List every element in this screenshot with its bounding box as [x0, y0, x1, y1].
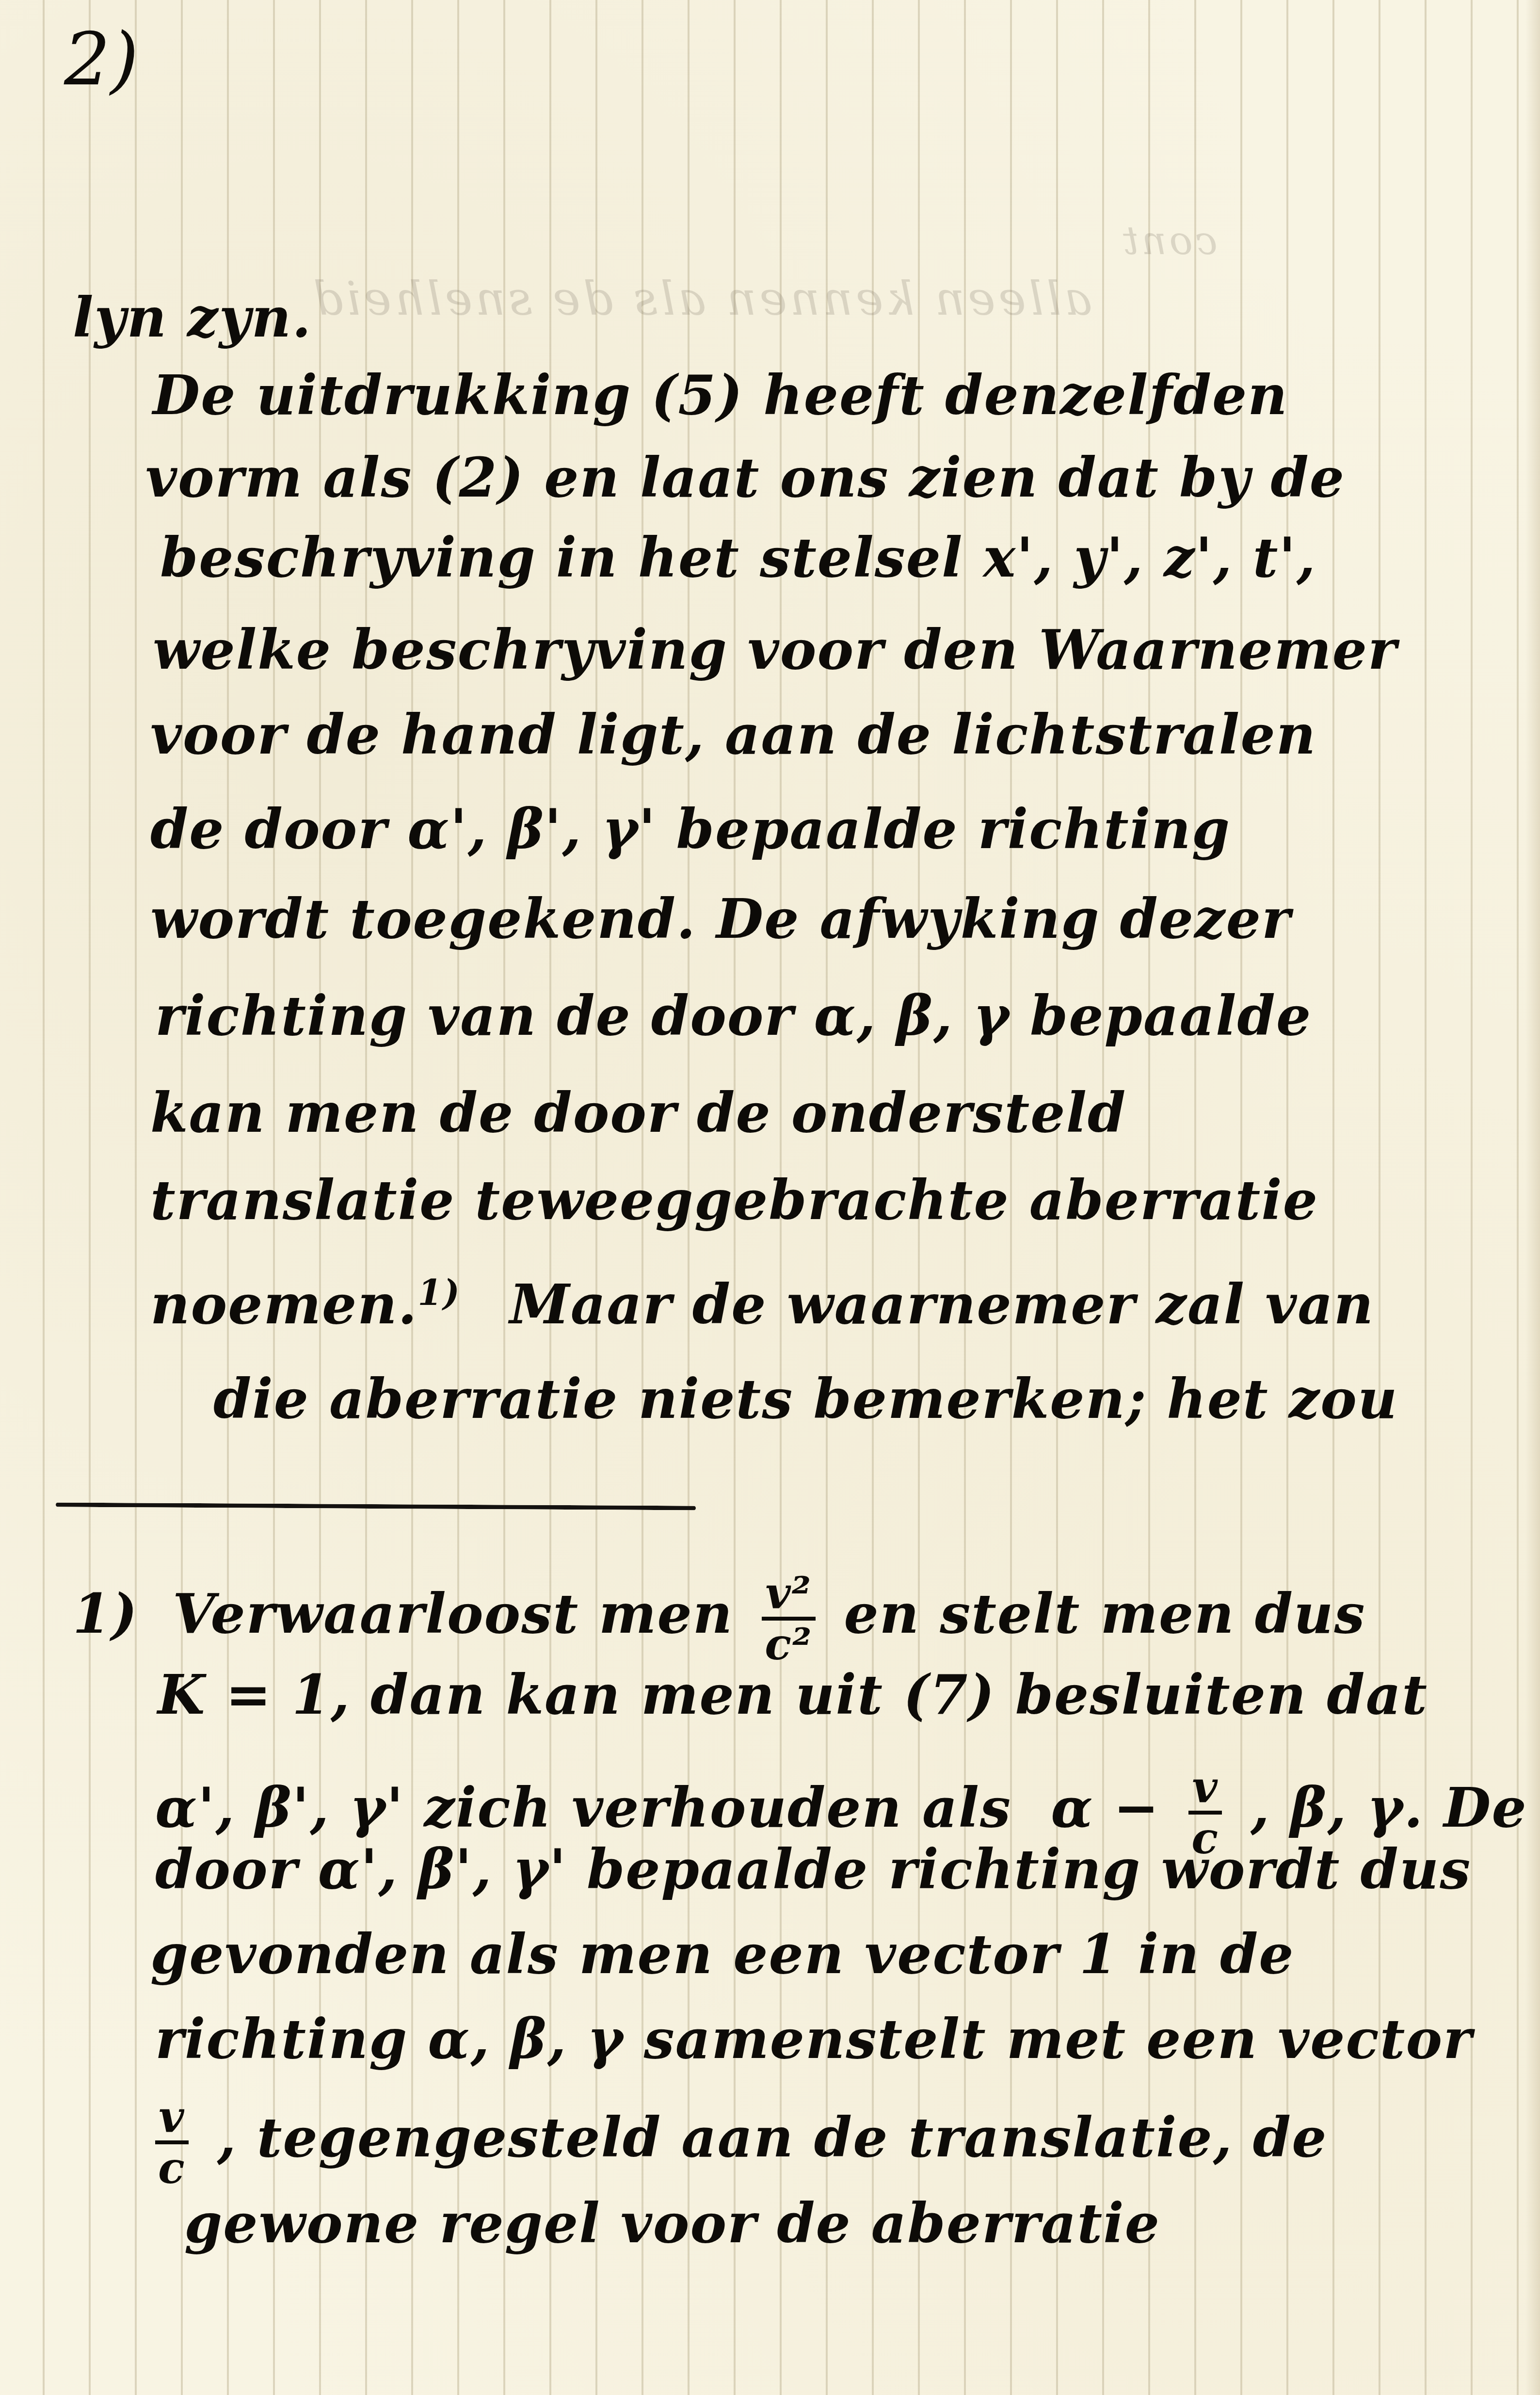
text-line: translatie teweeggebrachte aberratie [150, 1173, 1318, 1228]
footnote-line: richting α, β, γ samenstelt met een vect… [155, 2012, 1473, 2067]
text-line: De uitdrukking (5) heeft denzelfden [153, 369, 1288, 423]
text-line: welke beschryving voor den Waarnemer [153, 623, 1397, 677]
fraction-v-over-c: v c [155, 2095, 189, 2190]
fraction-numerator: v [1189, 1765, 1221, 1809]
text-line: kan men de door de ondersteld [150, 1086, 1126, 1141]
text-word: Maar de waarnemer zal van [510, 1273, 1374, 1336]
text-word: noemen. [150, 1273, 418, 1336]
footnote-marker: 1) [73, 1582, 138, 1646]
bleed-through-text-1: cont [1120, 218, 1218, 263]
page-number: 2) [64, 23, 139, 96]
footnote-line: K = 1, dan kan men uit (7) besluiten dat [158, 1668, 1428, 1722]
text-line: noemen.1) Maar de waarnemer zal van [150, 1275, 1374, 1332]
text-line: wordt toegekend. De afwyking dezer [150, 892, 1291, 947]
footnote-line: 1) Verwaarloost men v² c² en stelt men d… [73, 1571, 1366, 1666]
text-line: lyn zyn. [73, 291, 312, 345]
footnote-line: gewone regel voor de aberratie [184, 2197, 1160, 2251]
footnote-line: v c , tegengesteld aan de translatie, de [155, 2095, 1327, 2190]
text-word: , β, γ. De [1251, 1776, 1527, 1840]
text-word: , tegengesteld aan de translatie, de [217, 2106, 1328, 2170]
text-line: vorm als (2) en laat ons zien dat by de [145, 451, 1345, 505]
fraction-v2-over-c2: v² c² [762, 1571, 815, 1666]
text-word: Verwaarloost men [173, 1582, 733, 1646]
text-line: de door α', β', γ' bepaalde richting [150, 803, 1231, 857]
text-line: richting van de door α, β, γ bepaalde [155, 989, 1312, 1044]
fraction-numerator: v [156, 2095, 188, 2138]
text-word: α', β', γ' zich verhouden als [155, 1776, 1011, 1840]
text-line: beschryving in het stelsel x', y', z', t… [160, 531, 1316, 585]
fraction-denominator: c [155, 2146, 189, 2190]
math-expression: α − [1051, 1776, 1160, 1840]
footnote-line: door α', β', γ' bepaalde richting wordt … [155, 1843, 1471, 1897]
paper-edge-shadow [1525, 0, 1540, 2395]
text-word: en stelt men dus [844, 1582, 1366, 1646]
bleed-through-text-2: alleen kennen als de snelheid [310, 272, 1092, 326]
fraction-denominator: c² [762, 1623, 815, 1666]
footnote-line: gevonden als men een vector 1 in de [150, 1928, 1295, 1982]
footnote-reference: 1) [418, 1272, 461, 1313]
text-line: voor de hand ligt, aan de lichtstralen [150, 708, 1316, 762]
text-line: die aberratie niets bemerken; het zou [213, 1372, 1398, 1427]
fraction-numerator: v² [763, 1571, 815, 1615]
